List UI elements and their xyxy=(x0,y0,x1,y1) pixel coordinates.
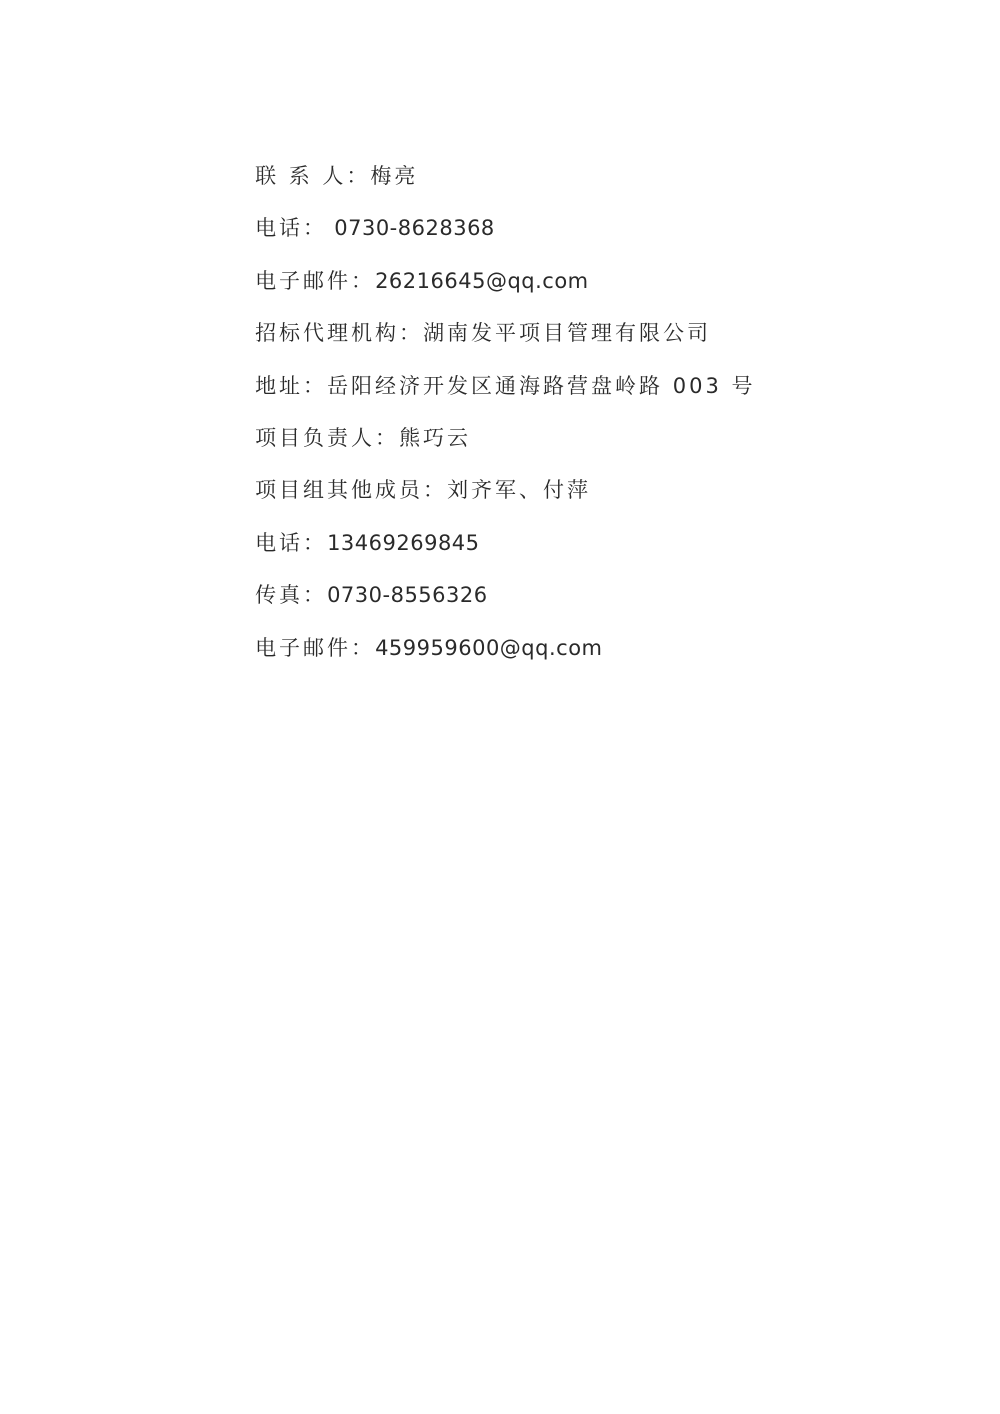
contact-person-label: 联 系 人： xyxy=(255,164,370,188)
agency-label: 招标代理机构： xyxy=(255,321,423,345)
project-lead-line: 项目负责人：熊巧云 xyxy=(200,393,840,445)
address-value: 岳阳经济开发区通海路营盘岭路 003 号 xyxy=(327,374,755,398)
team-members-label: 项目组其他成员： xyxy=(255,478,447,502)
contact-person-value: 梅亮 xyxy=(370,164,418,188)
agency-phone-label: 电话： xyxy=(255,531,327,555)
team-members-value: 刘齐军、付萍 xyxy=(447,478,591,502)
agency-email-line: 电子邮件：459959600@qq.com xyxy=(200,603,840,655)
fax-label: 传真： xyxy=(255,583,327,607)
agency-value: 湖南发平项目管理有限公司 xyxy=(423,321,711,345)
document-page: 联 系 人：梅亮 电话： 0730-8628368 电子邮件：26216645@… xyxy=(0,0,1000,1414)
email-label: 电子邮件： xyxy=(255,269,375,293)
address-label: 地址： xyxy=(255,374,327,398)
email-value: 26216645@qq.com xyxy=(375,269,589,293)
project-lead-label: 项目负责人： xyxy=(255,426,399,450)
agency-phone-value: 13469269845 xyxy=(327,531,479,555)
project-lead-value: 熊巧云 xyxy=(399,426,471,450)
contact-person-line: 联 系 人：梅亮 xyxy=(200,131,840,183)
agency-email-value: 459959600@qq.com xyxy=(375,636,602,660)
fax-value: 0730-8556326 xyxy=(327,583,488,607)
phone-value: 0730-8628368 xyxy=(327,216,495,240)
contact-info-block: 联 系 人：梅亮 电话： 0730-8628368 电子邮件：26216645@… xyxy=(200,131,840,655)
email-line: 电子邮件：26216645@qq.com xyxy=(200,236,840,288)
phone-line: 电话： 0730-8628368 xyxy=(200,183,840,235)
address-line: 地址：岳阳经济开发区通海路营盘岭路 003 号 xyxy=(200,341,840,393)
phone-label: 电话： xyxy=(255,216,327,240)
agency-phone-line: 电话：13469269845 xyxy=(200,498,840,550)
team-members-line: 项目组其他成员：刘齐军、付萍 xyxy=(200,445,840,497)
agency-line: 招标代理机构：湖南发平项目管理有限公司 xyxy=(200,288,840,340)
fax-line: 传真：0730-8556326 xyxy=(200,550,840,602)
agency-email-label: 电子邮件： xyxy=(255,636,375,660)
